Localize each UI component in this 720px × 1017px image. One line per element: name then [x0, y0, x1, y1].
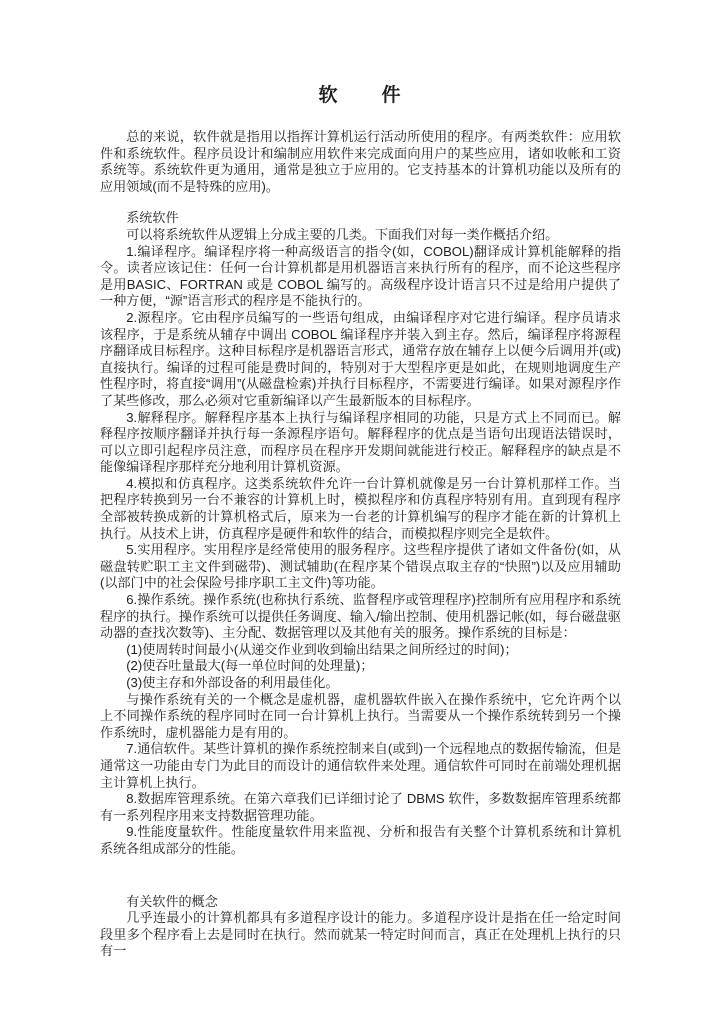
paragraph-interpreter: 3.解释程序。解释程序基本上执行与编译程序相同的功能，只是方式上不同而已。解释程…	[100, 410, 621, 476]
paragraph-operating-system: 6.操作系统。操作系统(也称执行系统、监督程序或管理程序)控制所有应用程序和系统…	[100, 592, 621, 642]
paragraph-communication-software: 7.通信软件。某些计算机的操作系统控制来自(或到)一个远程地点的数据传输流，但是…	[100, 741, 621, 791]
intro-paragraph: 总的来说，软件就是指用以指挥计算机运行活动所使用的程序。有两类软件：应用软件和系…	[100, 129, 621, 195]
os-goal-item-1: (1)使周转时间最小(从递交作业到收到输出结果之间所经过的时间)；	[100, 642, 621, 659]
paragraph-virtual-machine: 与操作系统有关的一个概念是虚机器，虚机器软件嵌入在操作系统中，它允许两个以上不同…	[100, 692, 621, 742]
paragraph-multiprogramming: 几乎连最小的计算机都具有多道程序设计的能力。多道程序设计是指在任一给定时间段里多…	[100, 910, 621, 960]
paragraph-simulation-emulation: 4.模拟和仿真程序。这类系统软件允许一台计算机就像是另一台计算机那样工作。当把程…	[100, 476, 621, 542]
document-page: 软 件 总的来说，软件就是指用以指挥计算机运行活动所使用的程序。有两类软件：应用…	[0, 0, 720, 1017]
paragraph-compiler: 1.编译程序。编译程序将一种高级语言的指令(如，COBOL)翻译成计算机能解释的…	[100, 244, 621, 310]
page-title: 软 件	[100, 84, 621, 108]
section-heading-software-concepts: 有关软件的概念	[100, 894, 621, 911]
section-heading-system-software: 系统软件	[100, 210, 621, 227]
os-goal-item-3: (3)使主存和外部设备的利用最佳化。	[100, 675, 621, 692]
paragraph-dbms: 8.数据库管理系统。在第六章我们已详细讨论了 DBMS 软件，多数数据库管理系统…	[100, 791, 621, 824]
paragraph-overview: 可以将系统软件从逻辑上分成主要的几类。下面我们对每一类作概括介绍。	[100, 227, 621, 244]
paragraph-performance-software: 9.性能度量软件。性能度量软件用来监视、分析和报告有关整个计算机系统和计算机系统…	[100, 824, 621, 857]
paragraph-source-program: 2.源程序。它由程序员编写的一些语句组成，由编译程序对它进行编译。程序员请求该程…	[100, 310, 621, 410]
os-goal-item-2: (2)使吞吐量最大(每一单位时间的处理量)；	[100, 658, 621, 675]
paragraph-utility: 5.实用程序。实用程序是经常使用的服务程序。这些程序提供了诸如文件备份(如，从磁…	[100, 542, 621, 592]
